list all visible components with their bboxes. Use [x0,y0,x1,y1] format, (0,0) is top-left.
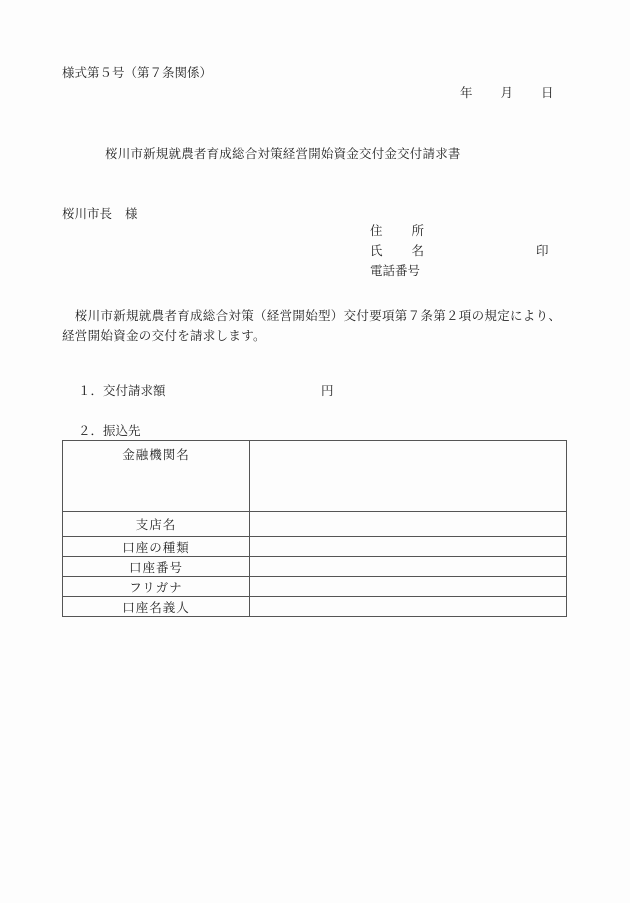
item-transfer-destination: ２．振込先 [78,425,141,438]
account-holder-label: 口座名義人 [63,597,250,617]
table-row-branch-name: 支店名 [63,512,567,537]
account-type-label: 口座の種類 [63,537,250,557]
addressee: 桜川市長様 [62,208,138,221]
address-label-char-1: 住 [370,225,383,238]
date-month-label: 月 [501,87,514,100]
account-holder-field[interactable] [250,597,567,617]
item1-label: 交付請求額 [103,383,166,398]
date-day-label: 日 [541,87,554,100]
form-number: 様式第５号（第７条関係） [62,67,212,80]
item1-number: １． [78,383,103,398]
phone-label: 電話番号 [370,265,420,278]
seal-mark: 印 [536,245,549,258]
request-statement: 桜川市新規就農者育成総合対策（経営開始型）交付要項第７条第２項の規定により、経営… [62,306,572,346]
name-label: 氏 名 [370,245,424,258]
bank-account-table: 金融機関名 支店名 口座の種類 口座番号 フリガナ 口座名義人 [62,440,567,617]
branch-name-label: 支店名 [63,512,250,537]
furigana-label: フリガナ [63,577,250,597]
date-year-label: 年 [460,87,473,100]
item1-unit: 円 [321,385,334,398]
applicant-phone-row: 電話番号 [370,265,549,285]
address-label-char-2: 所 [411,225,424,238]
table-row-bank-name: 金融機関名 [63,441,567,512]
table-row-account-number: 口座番号 [63,557,567,577]
name-label-char-2: 名 [411,245,424,258]
table-row-furigana: フリガナ [63,577,567,597]
account-number-label: 口座番号 [63,557,250,577]
item2-number: ２． [78,423,103,438]
name-label-char-1: 氏 [370,245,383,258]
addressee-honorific: 様 [125,206,138,221]
applicant-address-row: 住 所 [370,225,549,245]
table-row-account-holder: 口座名義人 [63,597,567,617]
date-line: 年月日 [460,87,554,100]
applicant-name-row: 氏 名 印 [370,245,549,265]
table-row-account-type: 口座の種類 [63,537,567,557]
addressee-name: 桜川市長 [62,206,112,221]
document-title: 桜川市新規就農者育成総合対策経営開始資金交付金交付請求書 [105,148,461,161]
applicant-block: 住 所 氏 名 印 電話番号 [370,225,549,285]
address-label: 住 所 [370,225,424,238]
account-type-field[interactable] [250,537,567,557]
bank-name-field[interactable] [250,441,567,512]
furigana-field[interactable] [250,577,567,597]
branch-name-field[interactable] [250,512,567,537]
account-number-field[interactable] [250,557,567,577]
item2-label: 振込先 [103,423,141,438]
item-request-amount: １．交付請求額 円 [78,385,166,398]
bank-name-label: 金融機関名 [63,441,250,512]
